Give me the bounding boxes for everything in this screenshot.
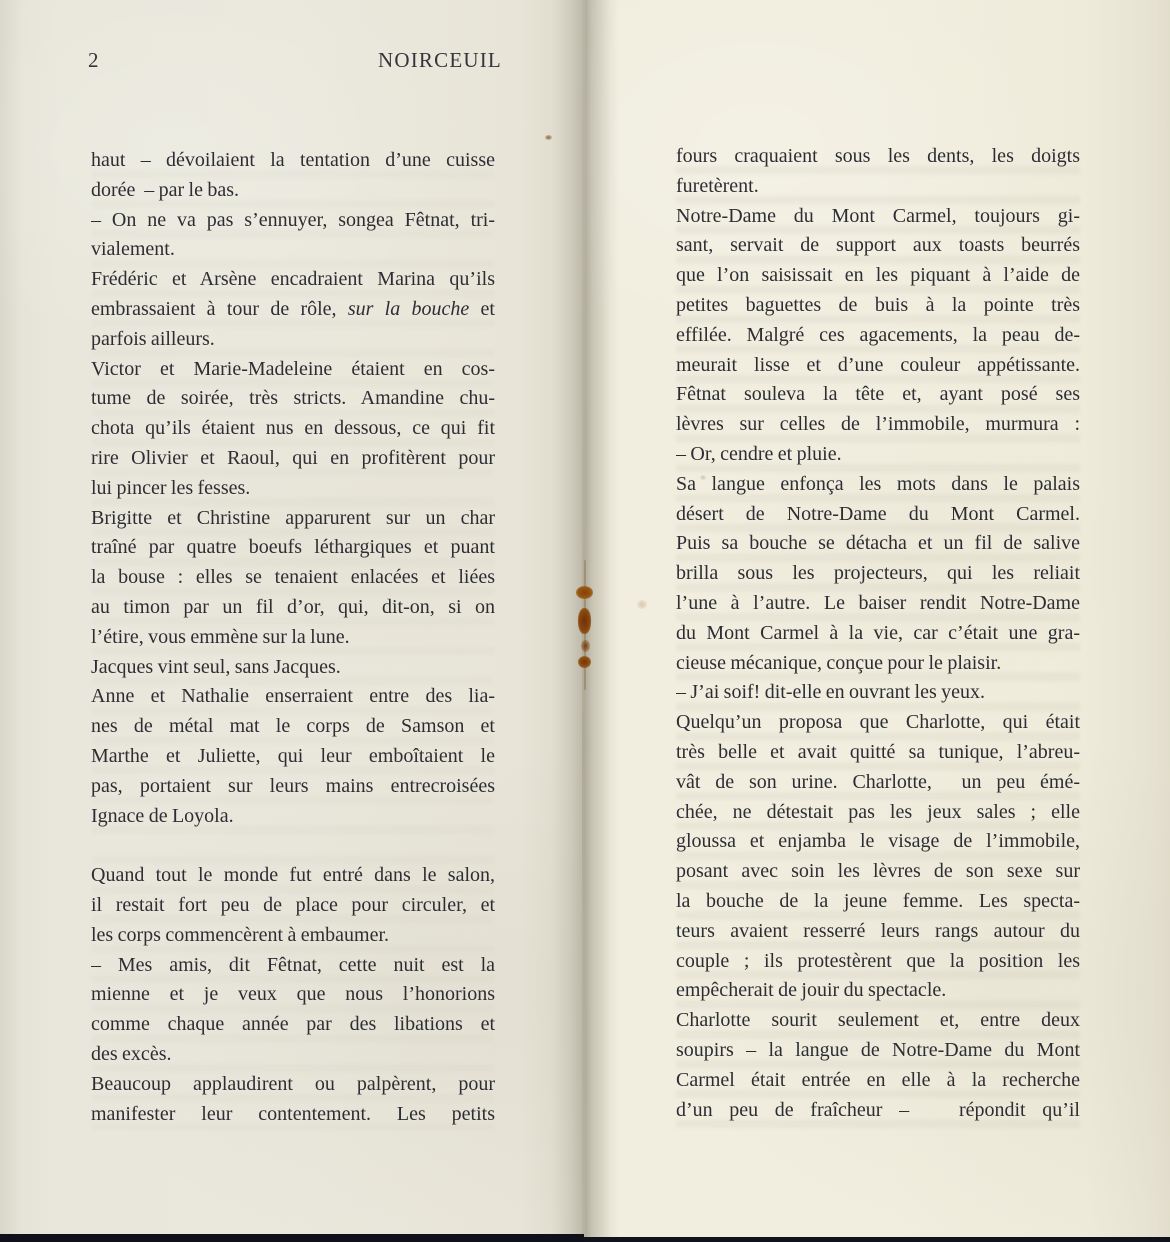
text-line: Puis sa bouche se détacha et un fil de s… [676,529,1080,559]
text-line: sant, servait de support aux toasts beur… [676,231,1080,261]
text-line: Frédéric et Arsène encadraient Marina qu… [91,265,495,295]
text-line: haut – dévoilaient la tentation d’une cu… [91,146,495,176]
text-line: meurait lisse et d’une couleur appétissa… [676,351,1080,381]
foxing-stain [581,640,590,652]
text-line: chée, ne détestait pas les jeux sales ; … [676,798,1080,828]
text-line: Victor et Marie-Madeleine étaient en cos… [91,355,495,385]
text-line: mienne et je veux que nous l’honorions [91,980,495,1010]
page-number-left: 2 [88,48,99,73]
text-line: – On ne va pas s’ennuyer, songea Fêtnat,… [91,206,495,236]
foxing-stain [578,656,591,668]
text-line: empêcherait de jouir du spectacle. [676,976,1080,1006]
running-title-left: NOIRCEUIL [378,48,502,73]
text-column-left: haut – dévoilaient la tentation d’une cu… [91,146,495,1129]
foxing-stain [578,608,591,634]
text-line: vât de son urine. Charlotte, un peu émé- [676,768,1080,798]
text-line: Anne et Nathalie enserraient entre des l… [91,682,495,712]
text-segment: et [469,298,495,320]
text-line: des excès. [91,1040,495,1070]
text-line: gloussa et enjamba le visage de l’immobi… [676,827,1080,857]
text-line: pas, portaient sur leurs mains entrecroi… [91,772,495,802]
book-bottom-edge-left [0,1234,584,1242]
text-line: traîné par quatre boeufs léthargiques et… [91,533,495,563]
text-line: Brigitte et Christine apparurent sur un … [91,504,495,534]
text-line: – J’ai soif! dit-elle en ouvrant les yeu… [676,678,1080,708]
text-line: furetèrent. [676,172,1080,202]
text-line: désert de Notre-Dame du Mont Carmel. [676,500,1080,530]
text-line: couple ; ils protestèrent que la positio… [676,947,1080,977]
text-line: comme chaque année par des libations et [91,1010,495,1040]
text-line: – Or, cendre et pluie. [676,440,1080,470]
text-line: embrassaient à tour de rôle, sur la bouc… [91,295,495,325]
text-line: d’un peu de fraîcheur – répondit qu’il [676,1096,1080,1126]
text-line: l’une à l’autre. Le baiser rendit Notre-… [676,589,1080,619]
text-line: tume de soirée, très stricts. Amandine c… [91,384,495,414]
text-line: Sa langue enfonça les mots dans le palai… [676,470,1080,500]
text-line: teurs avaient resserré leurs rangs autou… [676,917,1080,947]
blank-line [91,831,495,861]
text-segment: embrassaient à tour de rôle, [91,298,348,320]
text-line: que l’on saisissait en les piquant à l’a… [676,261,1080,291]
text-line: lui pincer les fesses. [91,474,495,504]
text-line: fours craquaient sous les dents, les doi… [676,142,1080,172]
text-line: vialement. [91,235,495,265]
book-scan: { "document": { "left_page": { "page_num… [0,0,1170,1242]
paper-speck [637,600,647,609]
text-line: effilée. Malgré ces agacements, la peau … [676,321,1080,351]
text-line: Jacques vint seul, sans Jacques. [91,653,495,683]
text-line: – Mes amis, dit Fêtnat, cette nuit est l… [91,951,495,981]
text-line: rire Olivier et Raoul, qui en profitèren… [91,444,495,474]
text-line: soupirs – la langue de Notre-Dame du Mon… [676,1036,1080,1066]
text-line: les corps commencèrent à embaumer. [91,921,495,951]
paper-speck [545,135,552,140]
text-line: dorée – par le bas. [91,176,495,206]
text-line: chota qu’ils étaient nus en dessous, ce … [91,414,495,444]
text-line: Quand tout le monde fut entré dans le sa… [91,861,495,891]
text-line: Fêtnat souleva la tête et, ayant posé se… [676,380,1080,410]
text-line: Carmel était entrée en elle à la recherc… [676,1066,1080,1096]
text-line: Ignace de Loyola. [91,802,495,832]
foxing-stain [576,586,593,599]
text-line: brilla sous les projecteurs, qui les rel… [676,559,1080,589]
text-line: manifester leur contentement. Les petits [91,1100,495,1130]
text-line: cieuse mécanique, conçue pour le plaisir… [676,649,1080,679]
text-line: au timon par un fil d’or, qui, dit-on, s… [91,593,495,623]
text-line: l’étire, vous emmène sur la lune. [91,623,495,653]
italic-text: sur la bouche [348,298,469,320]
text-line: Notre-Dame du Mont Carmel, toujours gi- [676,202,1080,232]
paper-speck [700,475,706,480]
text-line: très belle et avait quitté sa tunique, l… [676,738,1080,768]
text-line: Quelqu’un proposa que Charlotte, qui éta… [676,708,1080,738]
text-line: petites baguettes de buis à la pointe tr… [676,291,1080,321]
text-line: la bouche de la jeune femme. Les specta- [676,887,1080,917]
text-line: la bouse : elles se tenaient enlacées et… [91,563,495,593]
text-line: Beaucoup applaudirent ou palpèrent, pour [91,1070,495,1100]
text-line: parfois ailleurs. [91,325,495,355]
text-line: Charlotte sourit seulement et, entre deu… [676,1006,1080,1036]
text-line: lèvres sur celles de l’immobile, murmura… [676,410,1080,440]
text-line: Marthe et Juliette, qui leur emboîtaient… [91,742,495,772]
text-column-right: fours craquaient sous les dents, les doi… [676,142,1080,1125]
text-line: posant avec soin les lèvres de son sexe … [676,857,1080,887]
text-line: nes de métal mat le corps de Samson et [91,712,495,742]
text-line: du Mont Carmel à la vie, car c’était une… [676,619,1080,649]
text-line: il restait fort peu de place pour circul… [91,891,495,921]
